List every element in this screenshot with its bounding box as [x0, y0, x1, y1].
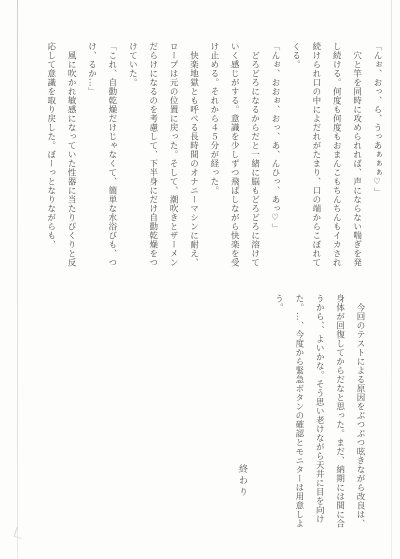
scan-artifact-mark [14, 527, 25, 539]
narration-paragraph: 穴と竿を同時に攻められれば、声にならない喘ぎを発し続ける。何度も何度もおまんこも… [285, 42, 367, 272]
narration-paragraph: 風に吹かれ敏感になっていた性器に当たりびくりと反応して意識を取り戻した。ぼーっと… [40, 42, 81, 272]
narration-paragraph: 今回のテストによる原因をぶつぶつ呟きながら改良は、身体が回復してからだなと思った… [268, 294, 370, 534]
page-edge-left-line [17, 0, 18, 559]
dialogue-line: 「んぉ、おっ、ら、うっあぁぁぁ♡」 [367, 42, 387, 272]
end-marker: 終わり [236, 464, 249, 499]
scanned-novel-page: 「んぉ、おっ、ら、うっあぁぁぁ♡」穴と竿を同時に攻められれば、声にならない喘ぎを… [0, 0, 400, 559]
dialogue-line: 「んぉ、おおぉ、おっ、あ、んひっ、あっ♡」 [265, 42, 285, 272]
page-edge-right-line [391, 0, 392, 559]
dialogue-line: 「これ、自動乾燥だけじゃなくて、簡単な水浴びも、つけ、るか…」 [81, 42, 122, 272]
top-text-band: 「んぉ、おっ、ら、うっあぁぁぁ♡」穴と竿を同時に攻められれば、声にならない喘ぎを… [39, 42, 387, 272]
narration-paragraph: どろどろになるからだと一緒に脳もどろどろに溶けていく感じがする。意識を少しずつ飛… [203, 42, 264, 272]
bottom-text-band: 今回のテストによる原因をぶつぶつ呟きながら改良は、身体が回復してからだなと思った… [258, 294, 370, 534]
narration-paragraph: 快楽地獄とも呼べる長時間のオナニーマシンに耐え、ロープは元の位置に戻った。そして… [122, 42, 204, 272]
